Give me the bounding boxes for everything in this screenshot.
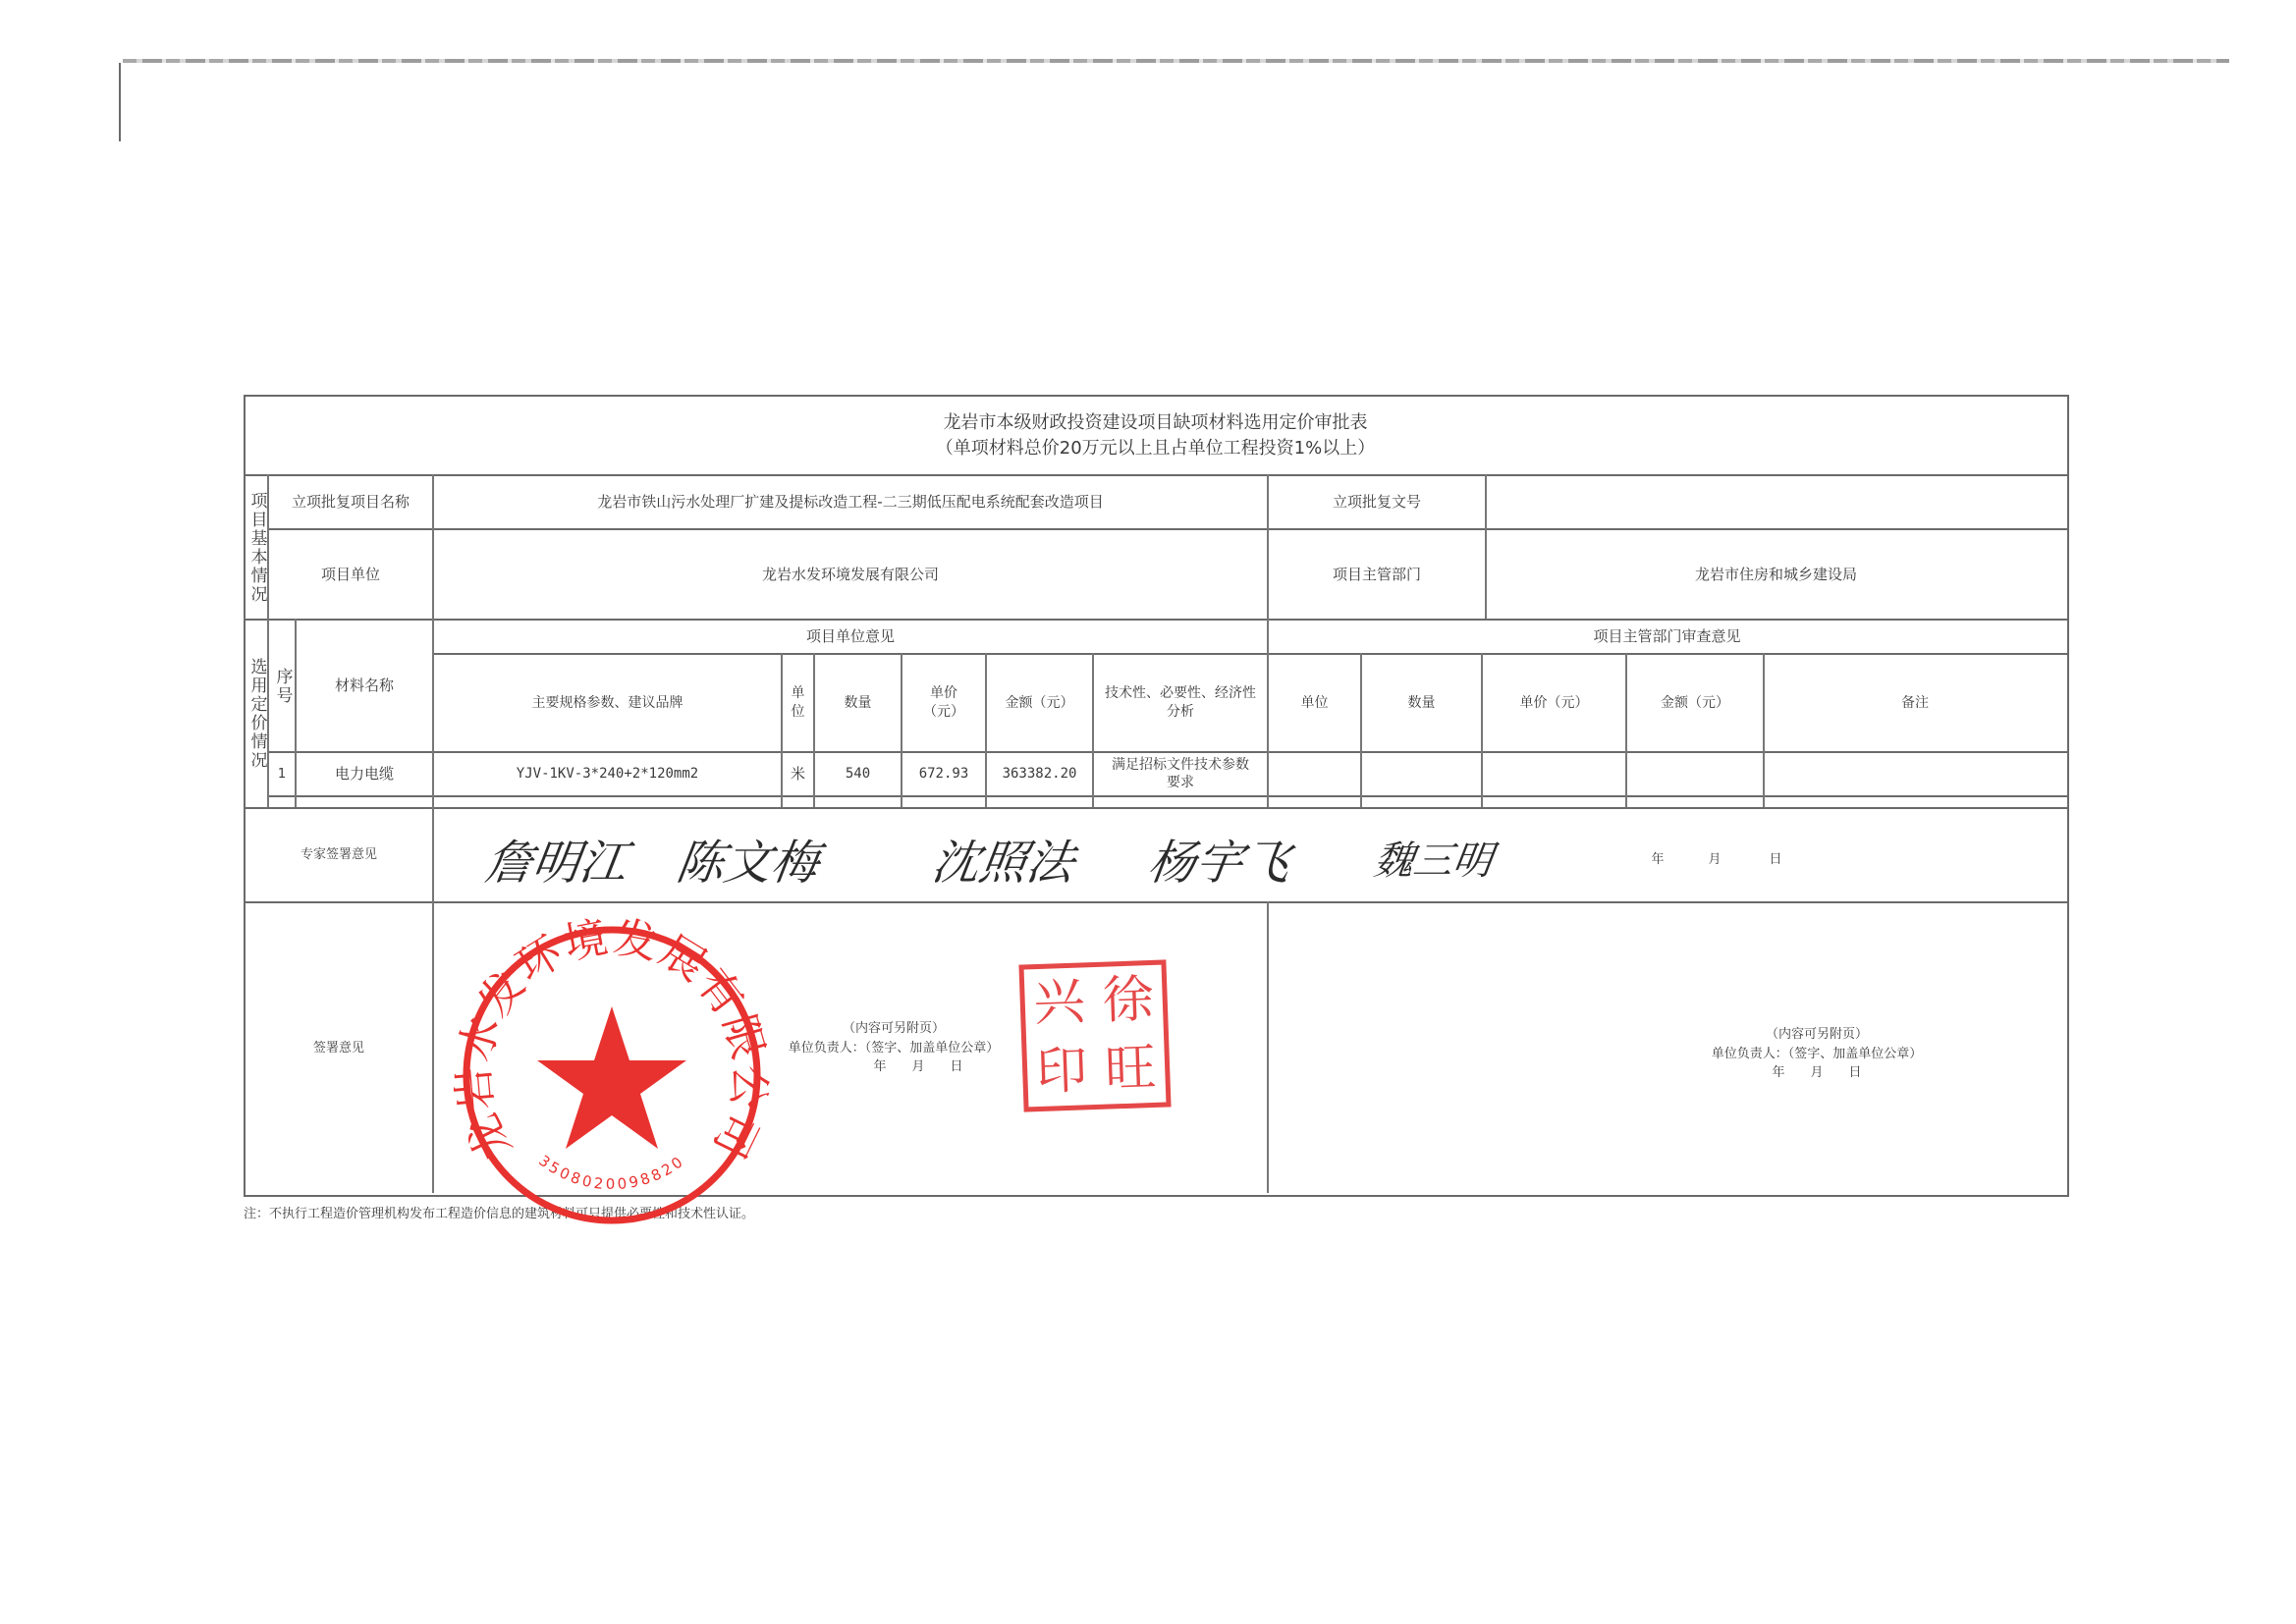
dept-label: 项目主管部门 bbox=[1269, 530, 1485, 619]
signoff-right-attach-note: （内容可另附页） bbox=[1689, 1025, 1944, 1045]
cell-amount: 363382.20 bbox=[987, 753, 1092, 795]
company-seal: 龙岩水发环境发展有限公司 3508020098820 bbox=[450, 913, 774, 1237]
cell-unit-price: 672.93 bbox=[902, 753, 985, 795]
personal-seal-char: 徐 bbox=[1102, 974, 1155, 1027]
cell-unit: 米 bbox=[783, 753, 813, 795]
expert-signature-1: 詹明江 bbox=[481, 825, 632, 893]
cell-dept-unit bbox=[1269, 753, 1360, 795]
personal-seal-char: 旺 bbox=[1104, 1043, 1157, 1096]
signoff-left-attach-note: （内容可另附页） bbox=[766, 1019, 1021, 1039]
experts-date-year: 年 bbox=[1646, 850, 1669, 870]
rule bbox=[244, 901, 2067, 903]
signoff-left-responsible: 单位负责人：（签字、加盖单位公章） bbox=[766, 1039, 1021, 1058]
dept-value: 龙岩市住房和城乡建设局 bbox=[1487, 530, 2065, 619]
col-header-remark: 备注 bbox=[1765, 655, 2065, 751]
rule bbox=[244, 807, 2067, 809]
approval-no-label: 立项批复文号 bbox=[1269, 476, 1485, 528]
expert-signature-3: 沈照法 bbox=[928, 825, 1079, 893]
col-header-amount: 金额（元） bbox=[987, 655, 1092, 751]
cell-spec: YJV-1KV-3*240+2*120mm2 bbox=[434, 753, 781, 795]
personal-seal-char: 印 bbox=[1035, 1045, 1088, 1098]
cell-remark bbox=[1765, 753, 2065, 795]
material-header: 材料名称 bbox=[297, 621, 432, 751]
project-unit-value: 龙岩水发环境发展有限公司 bbox=[434, 530, 1267, 619]
rule bbox=[1267, 901, 1269, 1193]
svg-text:3508020098820: 3508020098820 bbox=[535, 1152, 688, 1193]
cell-quantity: 540 bbox=[815, 753, 901, 795]
cell-seq: 1 bbox=[269, 753, 295, 795]
company-seal-code: 3508020098820 bbox=[535, 1152, 688, 1193]
section-label-pricing: 选用定价情况 bbox=[246, 621, 267, 807]
col-header-unit: 单位 bbox=[783, 655, 813, 751]
dept-opinion-header: 项目主管部门审查意见 bbox=[1269, 621, 2065, 653]
signoff-left-date: 年 月 日 bbox=[845, 1057, 992, 1077]
cell-dept-amount bbox=[1627, 753, 1763, 795]
cell-dept-unit-price bbox=[1483, 753, 1625, 795]
experts-label: 专家签署意见 bbox=[246, 809, 432, 901]
experts-date-day: 日 bbox=[1764, 850, 1787, 870]
form-subtitle: （单项材料总价20万元以上且占单位工程投资1%以上） bbox=[246, 436, 2065, 461]
form-title: 龙岩市本级财政投资建设项目缺项材料选用定价审批表 bbox=[246, 410, 2065, 436]
col-header-dept-quantity: 数量 bbox=[1362, 655, 1481, 751]
expert-signature-4: 杨宇飞 bbox=[1144, 825, 1295, 893]
col-header-analysis: 技术性、必要性、经济性分析 bbox=[1094, 655, 1267, 751]
col-header-spec: 主要规格参数、建议品牌 bbox=[434, 655, 781, 751]
rule bbox=[267, 795, 2067, 797]
col-header-dept-unit-price: 单价（元） bbox=[1483, 655, 1625, 751]
signoff-right-responsible: 单位负责人：（签字、加盖单位公章） bbox=[1689, 1045, 1944, 1064]
project-name-label: 立项批复项目名称 bbox=[269, 476, 432, 528]
cell-dept-quantity bbox=[1362, 753, 1481, 795]
signoff-label: 签署意见 bbox=[246, 903, 432, 1193]
scan-artifact-top-edge bbox=[123, 59, 2229, 63]
personal-seal: 徐 旺 兴 印 bbox=[1018, 959, 1171, 1111]
expert-signature-2: 陈文梅 bbox=[673, 825, 824, 893]
cell-analysis: 满足招标文件技术参数要求 bbox=[1094, 753, 1267, 795]
section-label-project-basic: 项目基本情况 bbox=[246, 476, 267, 619]
star-icon bbox=[537, 1006, 686, 1149]
col-header-dept-amount: 金额（元） bbox=[1627, 655, 1763, 751]
experts-date-month: 月 bbox=[1703, 850, 1726, 870]
col-header-dept-unit: 单位 bbox=[1269, 655, 1360, 751]
cell-material: 电力电缆 bbox=[297, 753, 432, 795]
approval-no-value bbox=[1487, 476, 2065, 528]
seq-header: 序号 bbox=[269, 621, 295, 751]
project-unit-label: 项目单位 bbox=[269, 530, 432, 619]
signoff-right-date: 年 月 日 bbox=[1743, 1063, 1890, 1083]
unit-opinion-header: 项目单位意见 bbox=[434, 621, 1267, 653]
col-header-unit-price: 单价（元） bbox=[902, 655, 985, 751]
col-header-quantity: 数量 bbox=[815, 655, 901, 751]
project-name-value: 龙岩市铁山污水处理厂扩建及提标改造工程-二三期低压配电系统配套改造项目 bbox=[434, 476, 1267, 528]
personal-seal-char: 兴 bbox=[1033, 976, 1086, 1029]
expert-signature-5: 魏三明 bbox=[1371, 830, 1497, 886]
scan-artifact-left-edge bbox=[119, 63, 121, 141]
